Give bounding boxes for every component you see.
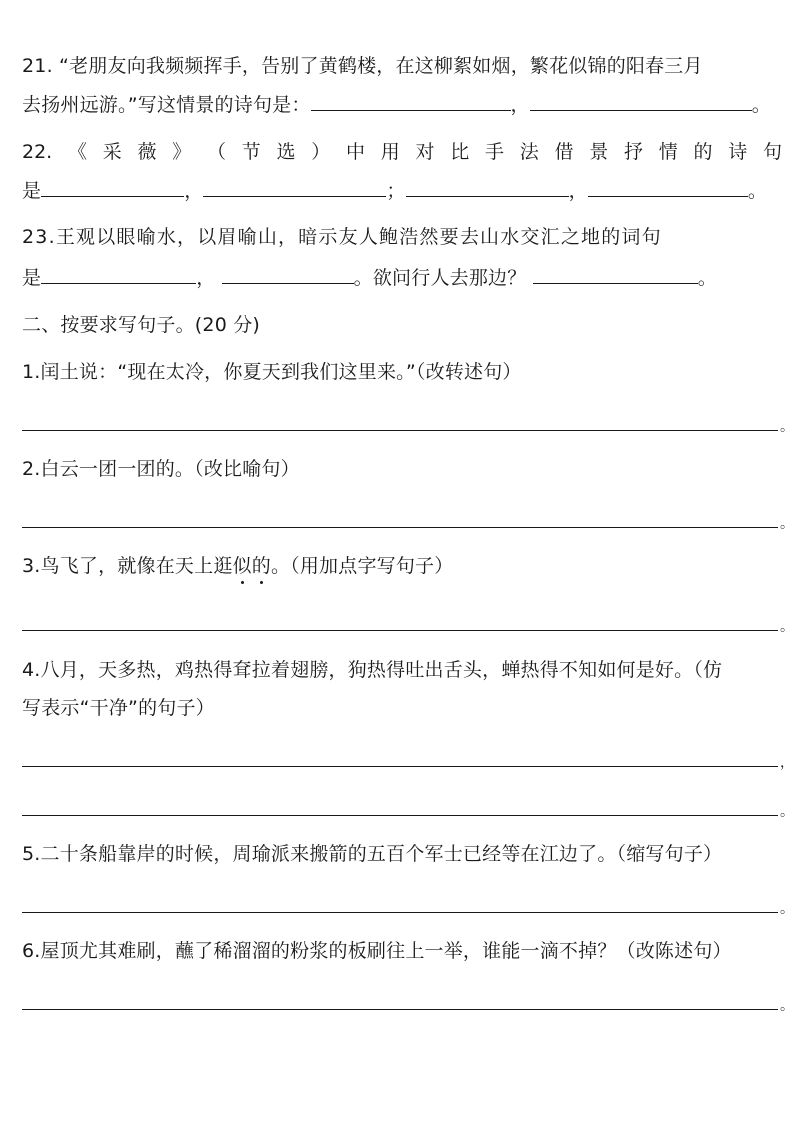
q22-blank-3[interactable] xyxy=(406,178,569,197)
q21-blank-2[interactable] xyxy=(530,92,752,111)
q22-char: 《 xyxy=(68,140,87,164)
s1-prompt: 1.闰土说：“现在太冷，你夏天到我们这里来。”（改转述句） xyxy=(22,360,522,384)
q22-char: 节 xyxy=(242,140,261,164)
q22-char: 采 xyxy=(103,140,122,164)
q23-text-line2: 是， 。欲问行人去那边？ 。 xyxy=(22,265,717,290)
q22-char: 抒 xyxy=(624,140,643,164)
q23-separator: ， xyxy=(196,267,215,289)
q23-question: 。欲问行人去那边？ xyxy=(354,267,527,289)
s1-answer-line[interactable] xyxy=(22,430,778,431)
q22-char: 对 xyxy=(415,140,434,164)
section-2-title: 二、按要求写句子。(20 分) xyxy=(22,313,260,337)
q22-number: 22. xyxy=(22,140,52,164)
s4-end-mark-2: 。 xyxy=(780,805,793,819)
s5-prompt: 5.二十条船靠岸的时候，周瑜派来搬箭的五百个军士已经等在江边了。（缩写句子） xyxy=(22,842,722,866)
q22-blank-1[interactable] xyxy=(41,178,184,197)
s5-end-mark: 。 xyxy=(780,902,793,916)
s6-end-mark: 。 xyxy=(780,999,793,1013)
s4-prompt-line1: 4.八月，天多热，鸡热得耷拉着翅膀，狗热得吐出舌头，蝉热得不知如何是好。（仿 xyxy=(22,658,722,682)
q22-char: 选 xyxy=(276,140,295,164)
q22-char: 借 xyxy=(554,140,573,164)
q22-char: （ xyxy=(207,140,226,164)
q22-char: 的 xyxy=(693,140,712,164)
q23-blank-2[interactable] xyxy=(222,265,354,284)
q23-end-mark: 。 xyxy=(698,267,717,289)
q22-separator-1: ， xyxy=(184,180,203,202)
s3-text-after: 。（用加点字写句子） xyxy=(271,555,454,577)
s6-answer-line[interactable] xyxy=(22,1009,778,1010)
s4-prompt-line2: 写表示“干净”的句子） xyxy=(22,696,215,720)
q22-char: 比 xyxy=(450,140,469,164)
q22-char: 手 xyxy=(485,140,504,164)
s3-prompt: 3.鸟飞了，就像在天上逛似的。（用加点字写句子） xyxy=(22,554,453,578)
q21-text-line2: 去扬州远游。”写这情景的诗句是：，。 xyxy=(22,92,771,117)
q22-char: 情 xyxy=(659,140,678,164)
q21-separator: ， xyxy=(511,94,530,116)
q22-end-mark: 。 xyxy=(748,180,767,202)
q22-blank-4[interactable] xyxy=(588,178,748,197)
q23-text-line1: 23.王观以眼喻水，以眉喻山，暗示友人鲍浩然要去山水交汇之地的词句 xyxy=(22,225,662,249)
s2-prompt: 2.白云一团一团的。（改比喻句） xyxy=(22,457,300,481)
s4-answer-line-1[interactable] xyxy=(22,766,778,767)
q22-char: 》 xyxy=(172,140,191,164)
s1-end-mark: 。 xyxy=(780,420,793,434)
q23-prompt: 是 xyxy=(22,267,41,289)
q21-prompt: 去扬州远游。”写这情景的诗句是： xyxy=(22,94,311,116)
s4-answer-line-2[interactable] xyxy=(22,815,778,816)
q21-text-line1: 21. “老朋友向我频频挥手，告别了黄鹤楼，在这柳絮如烟，繁花似锦的阳春三月 xyxy=(22,54,703,78)
s2-end-mark: 。 xyxy=(780,517,793,531)
q22-text-line2: 是，；，。 xyxy=(22,178,767,203)
q22-char: 中 xyxy=(346,140,365,164)
q23-blank-1[interactable] xyxy=(41,265,196,284)
q22-text-line1: 22. 《 采 薇 》 （ 节 选 ） 中 用 对 比 手 法 借 景 抒 情 … xyxy=(22,140,782,164)
q21-end-mark: 。 xyxy=(752,94,771,116)
q22-char: ） xyxy=(311,140,330,164)
q22-prompt: 是 xyxy=(22,180,41,202)
s6-prompt: 6.屋顶尤其难刷，蘸了稀溜溜的粉浆的板刷往上一举，谁能一滴不掉？（改陈述句） xyxy=(22,939,732,963)
s3-emphasized-char-2: 的 xyxy=(252,554,271,578)
q21-blank-1[interactable] xyxy=(311,92,511,111)
q22-separator-2: ； xyxy=(386,180,405,202)
s3-answer-line[interactable] xyxy=(22,630,778,631)
s5-answer-line[interactable] xyxy=(22,912,778,913)
q22-char: 句 xyxy=(763,140,782,164)
q22-separator-3: ， xyxy=(569,180,588,202)
q23-blank-3[interactable] xyxy=(533,265,698,284)
s3-end-mark: 。 xyxy=(780,620,793,634)
q22-char: 景 xyxy=(589,140,608,164)
s4-end-mark-1: ， xyxy=(780,756,793,770)
q22-blank-2[interactable] xyxy=(203,178,386,197)
s3-emphasized-char-1: 似 xyxy=(233,554,252,578)
q22-char: 薇 xyxy=(137,140,156,164)
q22-char: 法 xyxy=(520,140,539,164)
s3-text-before: 3.鸟飞了，就像在天上逛 xyxy=(22,555,233,577)
s2-answer-line[interactable] xyxy=(22,527,778,528)
q22-char: 诗 xyxy=(728,140,747,164)
q22-char: 用 xyxy=(381,140,400,164)
